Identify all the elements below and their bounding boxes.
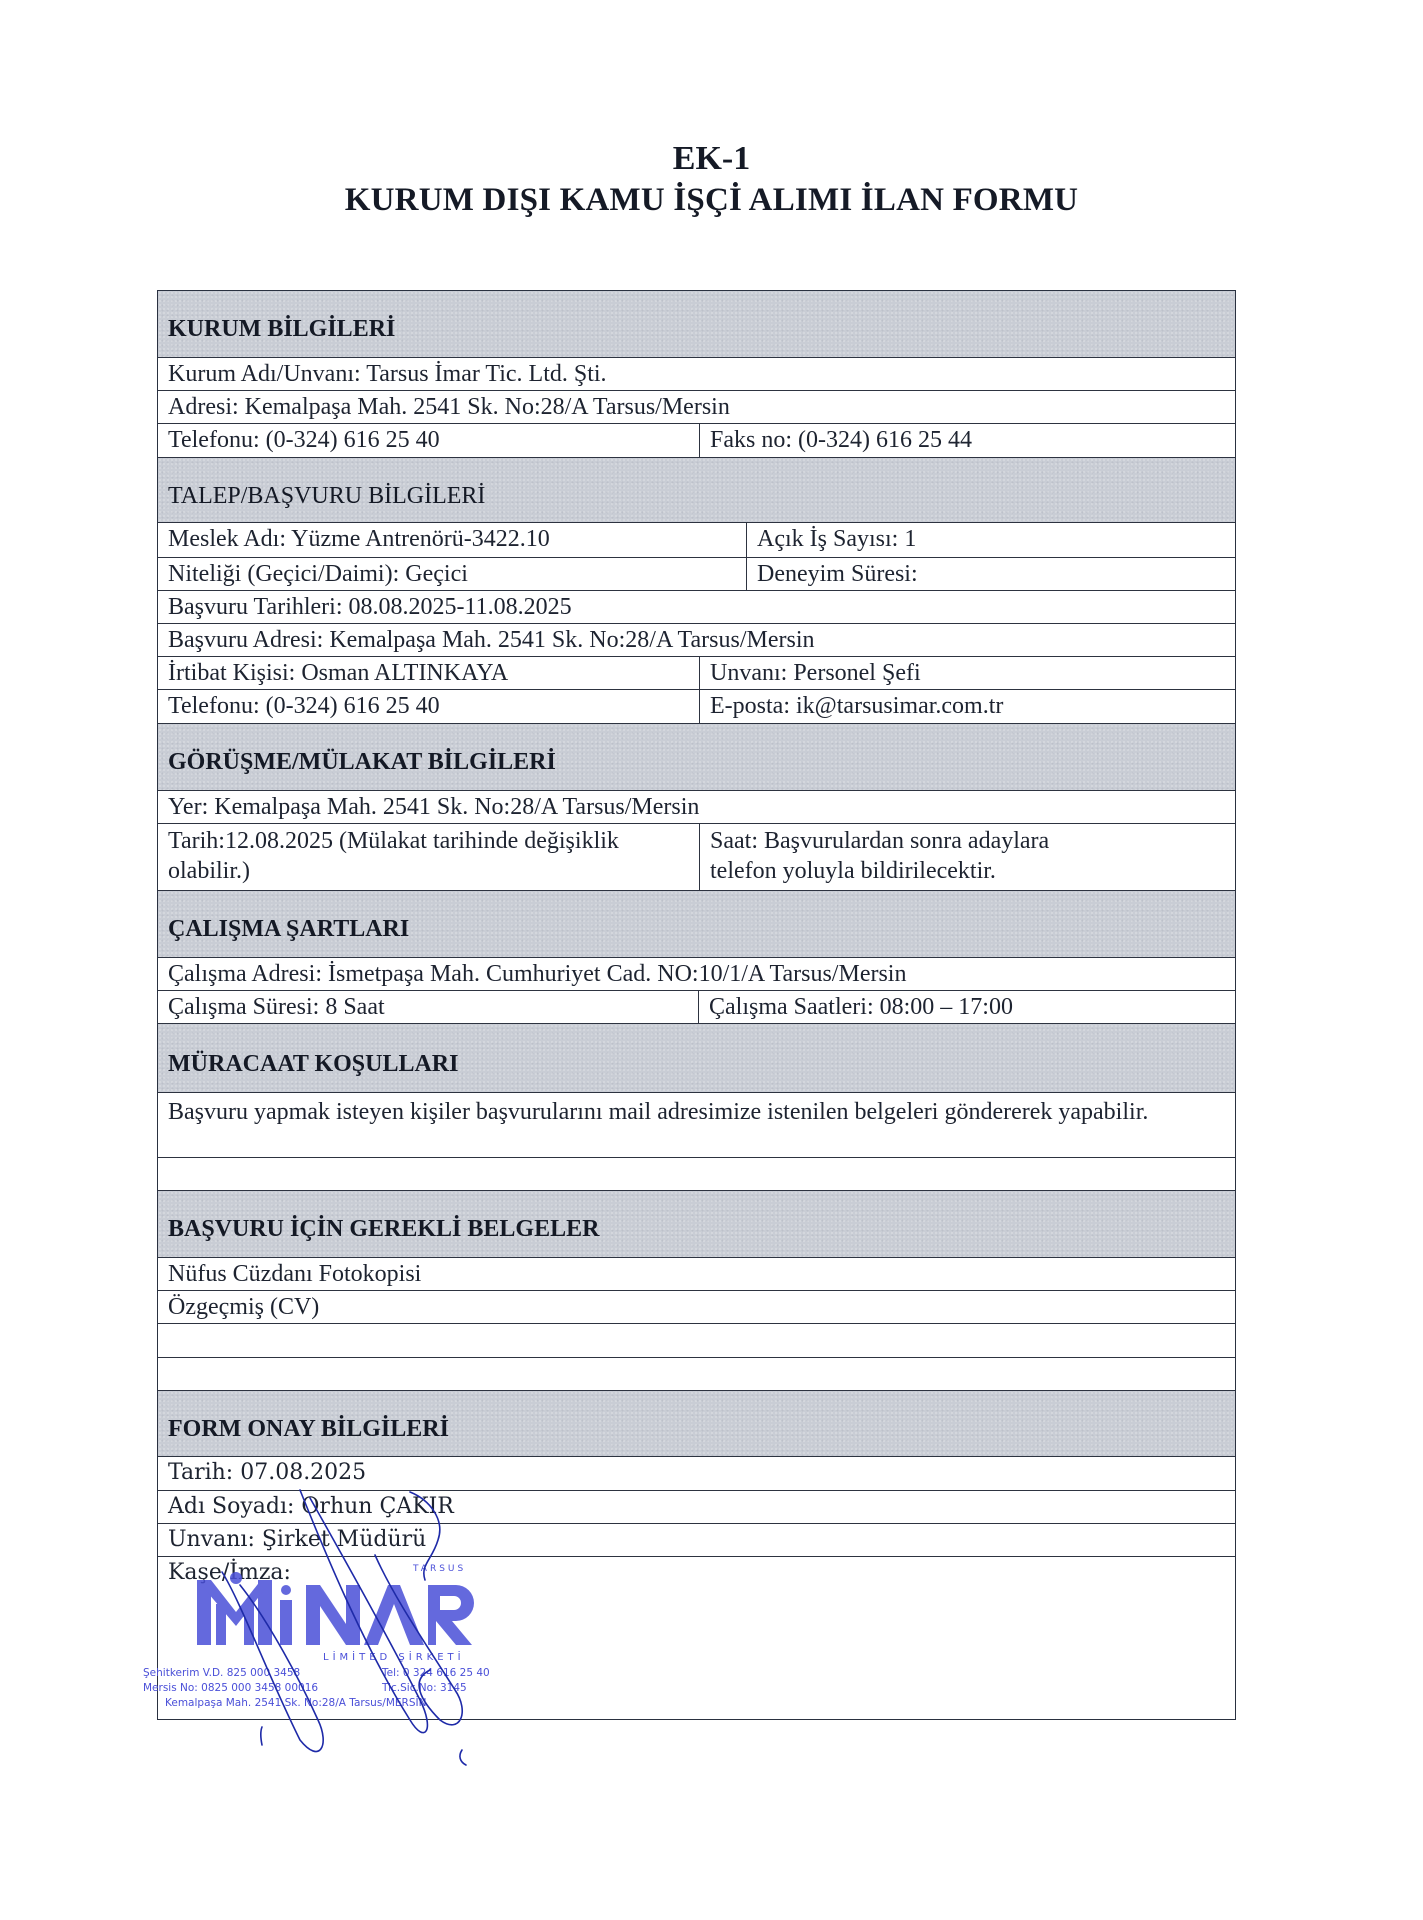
field-row: Çalışma Adresi: İsmetpaşa Mah. Cumhuriye… [158,958,1235,991]
stamp-phone: Tel: 0 324 616 25 40 [382,1667,490,1679]
section-title: BAŞVURU İÇİN GEREKLİ BELGELER [158,1191,1235,1257]
document-name: Özgeçmiş (CV) [158,1291,1235,1323]
institution-fax: Faks no: (0-324) 616 25 44 [699,424,1235,457]
section-title: KURUM BİLGİLERİ [158,291,1235,357]
document-name [158,1358,1235,1390]
field-row: Adı Soyadı: Orhun ÇAKIR [158,1491,1235,1524]
job-nature: Niteliği (Geçici/Daimi): Geçici [158,558,746,590]
field-row: Meslek Adı: Yüzme Antrenörü-3422.10 Açık… [158,523,1235,558]
application-dates: Başvuru Tarihleri: 08.08.2025-11.08.2025 [158,591,1235,623]
document-item: Nüfus Cüzdanı Fotokopisi [158,1258,1235,1291]
field-row: Telefonu: (0-324) 616 25 40 E-posta: ik@… [158,690,1235,724]
field-row: Tarih:12.08.2025 (Mülakat tarihinde deği… [158,824,1235,891]
document-item [158,1358,1235,1391]
section-title: FORM ONAY BİLGİLERİ [158,1391,1235,1456]
seal-label: Kaşe/İmza: [158,1557,1235,1591]
section-header-gorusme: GÖRÜŞME/MÜLAKAT BİLGİLERİ [158,724,1235,791]
field-row: Başvuru yapmak isteyen kişiler başvurula… [158,1093,1235,1158]
field-row: Niteliği (Geçici/Daimi): Geçici Deneyim … [158,558,1235,591]
stamp-address: Kemalpaşa Mah. 2541 Sk. No:28/A Tarsus/M… [165,1697,426,1709]
section-header-talep: TALEP/BAŞVURU BİLGİLERİ [158,458,1235,523]
institution-phone: Telefonu: (0-324) 616 25 40 [158,424,699,457]
empty-row [158,1158,1235,1191]
approver-name: Adı Soyadı: Orhun ÇAKIR [158,1491,1235,1523]
section-title: GÖRÜŞME/MÜLAKAT BİLGİLERİ [158,724,1235,790]
document-name [158,1324,1235,1357]
occupation: Meslek Adı: Yüzme Antrenörü-3422.10 [158,523,746,557]
section-title: ÇALIŞMA ŞARTLARI [158,891,1235,957]
institution-name: Kurum Adı/Unvanı: Tarsus İmar Tic. Ltd. … [158,358,1235,390]
document-title: KURUM DIŞI KAMU İŞÇİ ALIMI İLAN FORMU [0,182,1423,219]
field-row: Başvuru Adresi: Kemalpaşa Mah. 2541 Sk. … [158,624,1235,657]
stamp-city: TARSUS [413,1564,466,1574]
stamp-company-type: LİMİTED ŞİRKETİ [323,1652,465,1663]
stamp-tax-office: Şehitkerim V.D. 825 000 3458 [143,1667,300,1679]
approver-title: Unvanı: Şirket Müdürü [158,1524,1235,1556]
field-row: Çalışma Süresi: 8 Saat Çalışma Saatleri:… [158,991,1235,1024]
institution-address: Adresi: Kemalpaşa Mah. 2541 Sk. No:28/A … [158,391,1235,423]
field-row: Telefonu: (0-324) 616 25 40 Faks no: (0-… [158,424,1235,458]
field-row: İrtibat Kişisi: Osman ALTINKAYA Unvanı: … [158,657,1235,690]
work-address: Çalışma Adresi: İsmetpaşa Mah. Cumhuriye… [158,958,1235,990]
document-item: Özgeçmiş (CV) [158,1291,1235,1324]
field-row: Başvuru Tarihleri: 08.08.2025-11.08.2025 [158,591,1235,624]
interview-date: Tarih:12.08.2025 (Mülakat tarihinde deği… [158,824,699,890]
seal-signature-row: Kaşe/İmza: [158,1557,1235,1719]
section-header-belgeler: BAŞVURU İÇİN GEREKLİ BELGELER [158,1191,1235,1258]
work-duration: Çalışma Süresi: 8 Saat [158,991,698,1023]
contact-email[interactable]: E-posta: ik@tarsusimar.com.tr [699,690,1235,723]
field-row: Tarih: 07.08.2025 [158,1457,1235,1491]
contact-person: İrtibat Kişisi: Osman ALTINKAYA [158,657,699,689]
work-hours: Çalışma Saatleri: 08:00 – 17:00 [698,991,1235,1023]
document-item [158,1324,1235,1358]
section-header-muracaat: MÜRACAAT KOŞULLARI [158,1024,1235,1093]
section-title: TALEP/BAŞVURU BİLGİLERİ [158,458,1235,522]
annex-label: EK-1 [0,140,1423,178]
section-title: MÜRACAAT KOŞULLARI [158,1024,1235,1092]
field-row: Adresi: Kemalpaşa Mah. 2541 Sk. No:28/A … [158,391,1235,424]
application-conditions: Başvuru yapmak isteyen kişiler başvurula… [158,1093,1235,1157]
stamp-mersis: Mersis No: 0825 000 3458 00016 [143,1682,318,1694]
open-positions: Açık İş Sayısı: 1 [746,523,1235,557]
interview-time: Saat: Başvurulardan sonra adaylara telef… [699,824,1235,890]
approval-date: Tarih: 07.08.2025 [158,1457,1235,1490]
field-row: Yer: Kemalpaşa Mah. 2541 Sk. No:28/A Tar… [158,791,1235,824]
document-name: Nüfus Cüzdanı Fotokopisi [158,1258,1235,1290]
section-header-calisma: ÇALIŞMA ŞARTLARI [158,891,1235,958]
contact-title: Unvanı: Personel Şefi [699,657,1235,689]
section-header-kurum: KURUM BİLGİLERİ [158,291,1235,358]
announcement-form: KURUM BİLGİLERİ Kurum Adı/Unvanı: Tarsus… [157,290,1236,1720]
experience-duration: Deneyim Süresi: [746,558,1235,590]
interview-place: Yer: Kemalpaşa Mah. 2541 Sk. No:28/A Tar… [158,791,1235,823]
field-row: Kurum Adı/Unvanı: Tarsus İmar Tic. Ltd. … [158,358,1235,391]
application-address: Başvuru Adresi: Kemalpaşa Mah. 2541 Sk. … [158,624,1235,656]
stamp-trade-registry: Tic.Sic.No: 3145 [382,1682,467,1694]
field-row: Unvanı: Şirket Müdürü [158,1524,1235,1557]
section-header-onay: FORM ONAY BİLGİLERİ [158,1391,1235,1457]
contact-phone: Telefonu: (0-324) 616 25 40 [158,690,699,723]
